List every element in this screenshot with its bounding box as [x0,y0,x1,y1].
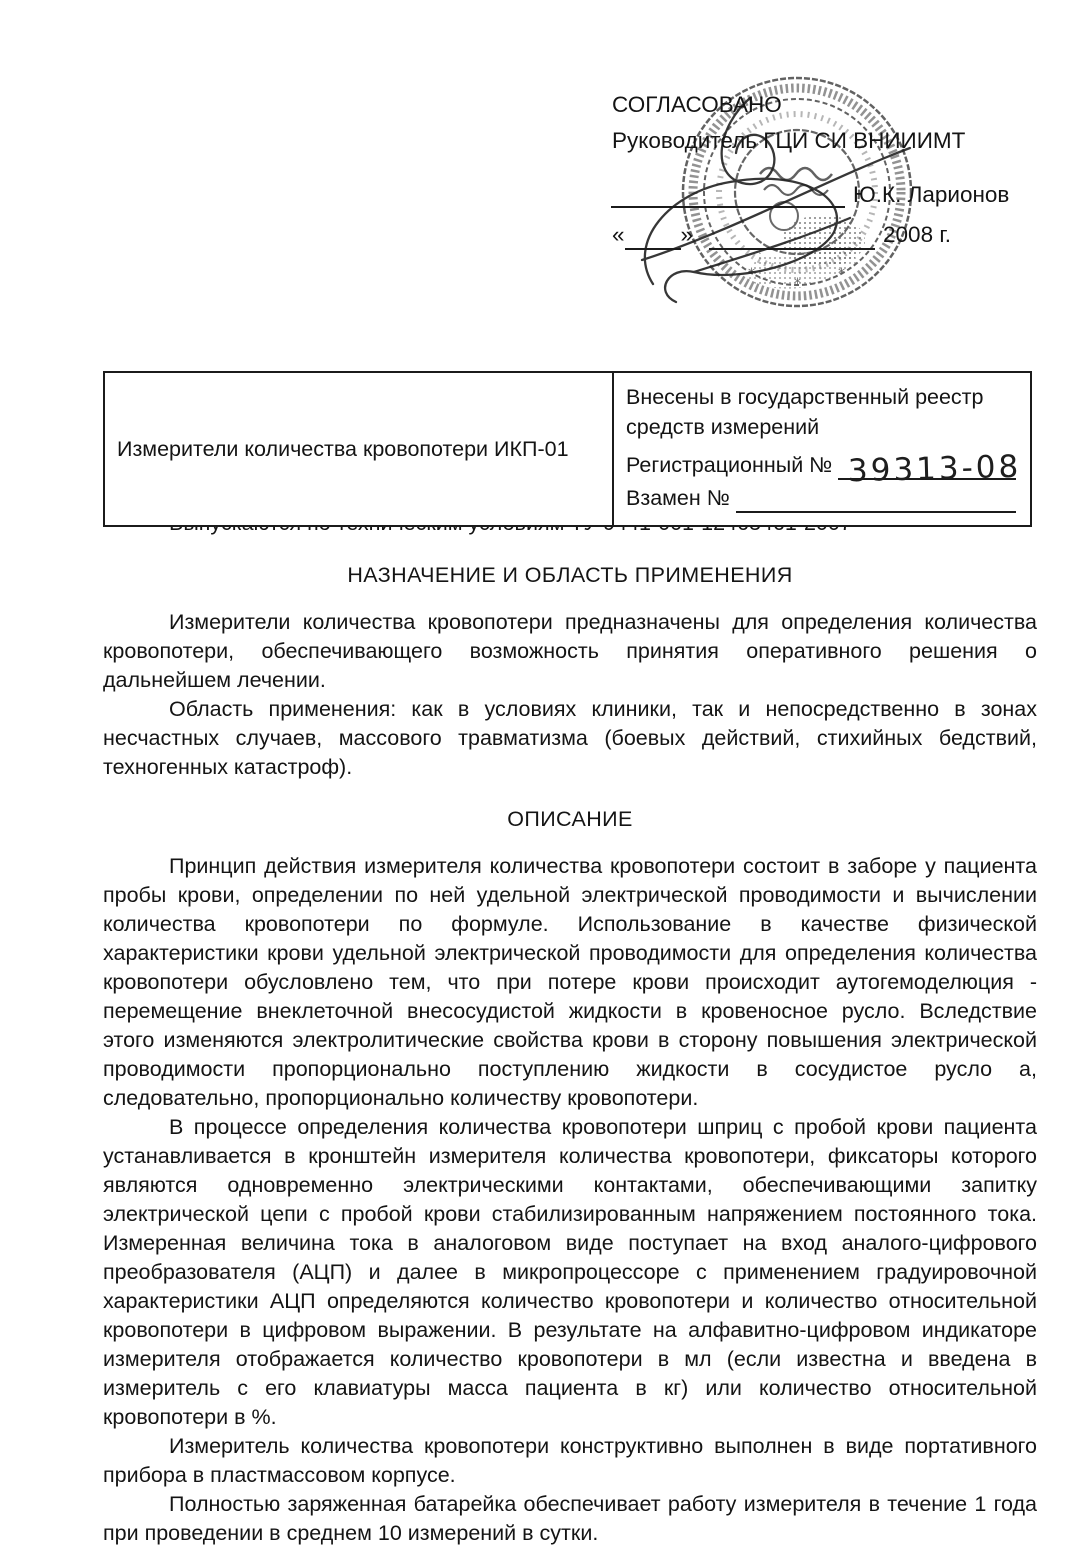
registry-table-device-cell: Измерители количества кровопотери ИКП-01 [105,373,614,525]
registration-number-blank-line: 39313-08 [838,478,1016,480]
registry-table: Измерители количества кровопотери ИКП-01… [103,371,1032,527]
year-label: 2008 г. [883,222,951,250]
registry-line-2: средств измерений [626,413,1016,443]
section-heading-purpose: НАЗНАЧЕНИЕ И ОБЛАСТЬ ПРИМЕНЕНИЯ [103,561,1037,590]
paragraph: Принцип действия измерителя количества к… [103,852,1037,1113]
registration-number-handwritten: 39313-08 [848,452,1022,486]
date-month-blank-line [709,214,875,250]
registration-number-label: Регистрационный № [626,451,832,481]
approver-name: Ю.К. Ларионов [853,182,1009,208]
open-quote: « [612,222,625,250]
registration-number-row: Регистрационный № 39313-08 [626,442,1016,480]
approved-label: СОГЛАСОВАНО [612,92,782,118]
signature-blank-line [611,176,845,208]
svg-text:*: * [838,266,845,282]
replaces-number-blank-line [736,511,1016,513]
paragraph: Измеритель количества кровопотери констр… [103,1432,1037,1490]
date-day-blank-line [625,214,681,250]
signature-row: Ю.К. Ларионов [611,176,1021,208]
section-heading-description: ОПИСАНИЕ [103,805,1037,834]
date-row: « » 2008 г. [612,214,951,250]
registry-table-registry-cell: Внесены в государственный реестр средств… [614,373,1030,525]
paragraph: Измерители количества кровопотери предна… [103,608,1037,695]
device-title: Измерители количества кровопотери ИКП-01 [117,437,569,462]
svg-text:*: * [794,276,801,292]
document-body: Выпускаются по техническим условиям ТУ 9… [103,509,1037,1548]
document-page: * * * СОГЛАСОВАНО Руководитель ГЦИ СИ ВН… [0,0,1086,1560]
approver-title: Руководитель ГЦИ СИ ВНИИИМТ [612,128,965,154]
close-quote: » [681,222,694,250]
registry-line-1: Внесены в государственный реестр [626,383,1016,413]
paragraph: Область применения: как в условиях клини… [103,695,1037,782]
replaces-number-label: Взамен № [626,484,730,514]
paragraph: Полностью заряженная батарейка обеспечив… [103,1490,1037,1548]
paragraph: В процессе определения количества кровоп… [103,1113,1037,1432]
